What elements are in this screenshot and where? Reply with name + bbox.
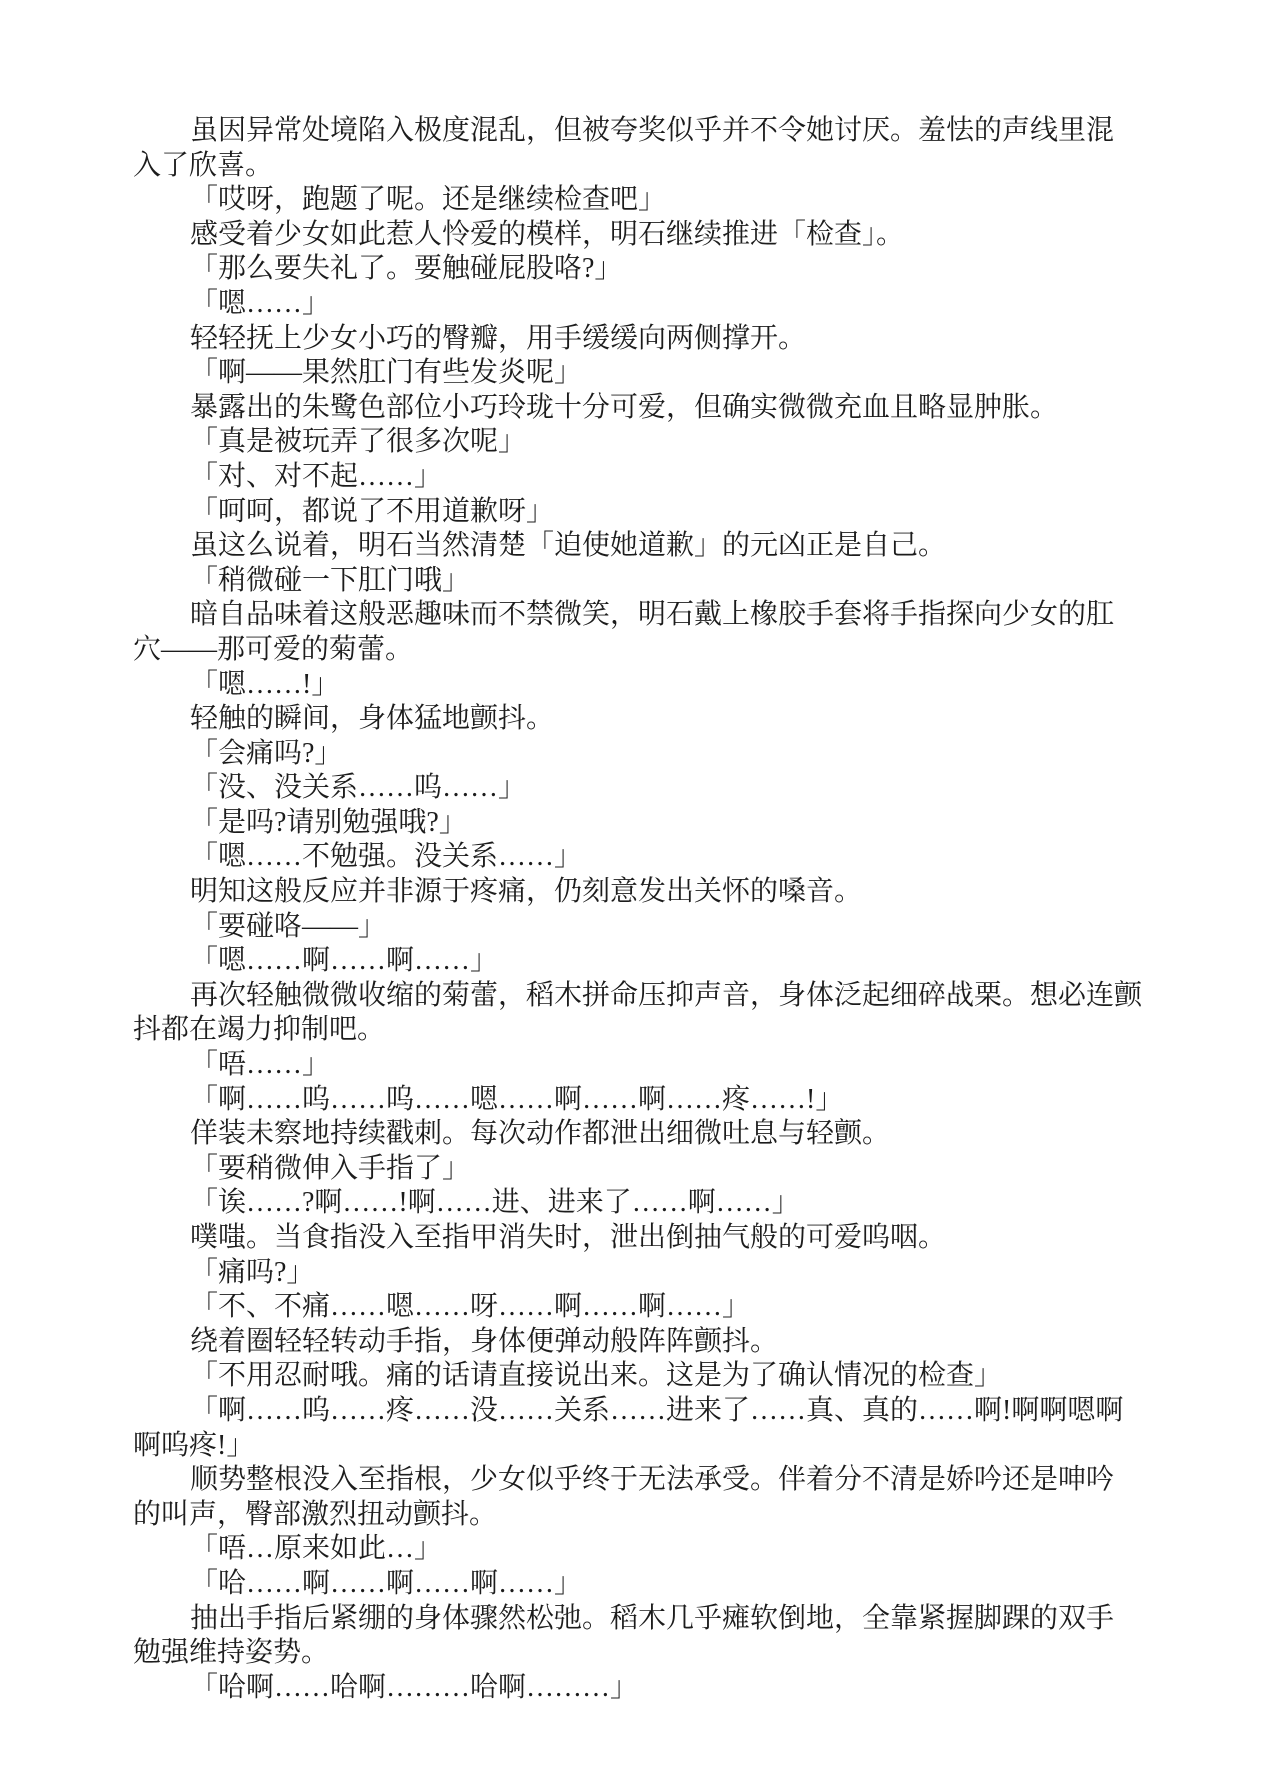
text-line: 「那么要失礼了。要触碰屁股咯?」 bbox=[133, 252, 1153, 287]
text-line: 「唔…原来如此…」 bbox=[133, 1532, 1153, 1567]
text-line: 「哈……啊……啊……啊……」 bbox=[133, 1567, 1153, 1602]
text-line: 「是吗?请别勉强哦?」 bbox=[133, 806, 1153, 841]
text-line: 感受着少女如此惹人怜爱的模样，明石继续推进「检查」。 bbox=[133, 218, 1153, 253]
text-line: 「稍微碰一下肛门哦」 bbox=[133, 564, 1153, 599]
text-line: 「真是被玩弄了很多次呢」 bbox=[133, 425, 1153, 460]
text-line: 「嗯……啊……啊……」 bbox=[133, 944, 1153, 979]
text-line: 「嗯……不勉强。没关系……」 bbox=[133, 840, 1153, 875]
text-line: 「啊……呜……疼……没……关系……进来了……真、真的……啊!啊啊嗯啊 bbox=[133, 1394, 1153, 1429]
text-line: 抖都在竭力抑制吧。 bbox=[133, 1013, 1153, 1048]
text-line: 「要碰咯——」 bbox=[133, 910, 1153, 945]
text-block: 虽因异常处境陷入极度混乱，但被夸奖似乎并不令她讨厌。羞怯的声线里混 入了欣喜。 … bbox=[133, 114, 1153, 1705]
text-line: 虽这么说着，明石当然清楚「迫使她道歉」的元凶正是自己。 bbox=[133, 529, 1153, 564]
text-line: 暴露出的朱鹭色部位小巧玲珑十分可爱，但确实微微充血且略显肿胀。 bbox=[133, 391, 1153, 426]
text-line: 「哈啊……哈啊………哈啊………」 bbox=[133, 1671, 1153, 1706]
text-line: 抽出手指后紧绷的身体骤然松弛。稻木几乎瘫软倒地，全靠紧握脚踝的双手 bbox=[133, 1602, 1153, 1637]
text-line: 「呵呵，都说了不用道歉呀」 bbox=[133, 495, 1153, 530]
text-line: 明知这般反应并非源于疼痛，仍刻意发出关怀的嗓音。 bbox=[133, 875, 1153, 910]
text-line: 「要稍微伸入手指了」 bbox=[133, 1152, 1153, 1187]
text-line: 噗嗤。当食指没入至指甲消失时，泄出倒抽气般的可爱呜咽。 bbox=[133, 1221, 1153, 1256]
text-line: 入了欣喜。 bbox=[133, 149, 1153, 184]
text-line: 再次轻触微微收缩的菊蕾，稻木拼命压抑声音，身体泛起细碎战栗。想必连颤 bbox=[133, 979, 1153, 1014]
text-line: 轻触的瞬间，身体猛地颤抖。 bbox=[133, 702, 1153, 737]
text-line: 暗自品味着这般恶趣味而不禁微笑，明石戴上橡胶手套将手指探向少女的肛 bbox=[133, 598, 1153, 633]
text-line: 「嗯……」 bbox=[133, 287, 1153, 322]
text-line: 佯装未察地持续戳刺。每次动作都泄出细微吐息与轻颤。 bbox=[133, 1117, 1153, 1152]
text-line: 「啊——果然肛门有些发炎呢」 bbox=[133, 356, 1153, 391]
text-line: 「痛吗?」 bbox=[133, 1256, 1153, 1291]
text-line: 「唔……」 bbox=[133, 1048, 1153, 1083]
text-line: 「啊……呜……呜……嗯……啊……啊……疼……!」 bbox=[133, 1083, 1153, 1118]
text-line: 「会痛吗?」 bbox=[133, 737, 1153, 772]
text-line: 穴——那可爱的菊蕾。 bbox=[133, 633, 1153, 668]
text-line: 勉强维持姿势。 bbox=[133, 1636, 1153, 1671]
text-line: 「没、没关系……呜……」 bbox=[133, 771, 1153, 806]
text-line: 虽因异常处境陷入极度混乱，但被夸奖似乎并不令她讨厌。羞怯的声线里混 bbox=[133, 114, 1153, 149]
text-line: 「对、对不起……」 bbox=[133, 460, 1153, 495]
text-line: 轻轻抚上少女小巧的臀瓣，用手缓缓向两侧撑开。 bbox=[133, 322, 1153, 357]
text-line: 啊呜疼!」 bbox=[133, 1429, 1153, 1464]
document-page: 虽因异常处境陷入极度混乱，但被夸奖似乎并不令她讨厌。羞怯的声线里混 入了欣喜。 … bbox=[0, 0, 1280, 1790]
text-line: 「嗯……!」 bbox=[133, 668, 1153, 703]
text-line: 「不用忍耐哦。痛的话请直接说出来。这是为了确认情况的检查」 bbox=[133, 1359, 1153, 1394]
text-line: 「哎呀，跑题了呢。还是继续检查吧」 bbox=[133, 183, 1153, 218]
text-line: 的叫声，臀部激烈扭动颤抖。 bbox=[133, 1498, 1153, 1533]
text-line: 顺势整根没入至指根，少女似乎终于无法承受。伴着分不清是娇吟还是呻吟 bbox=[133, 1463, 1153, 1498]
text-line: 「诶……?啊……!啊……进、进来了……啊……」 bbox=[133, 1186, 1153, 1221]
text-line: 「不、不痛……嗯……呀……啊……啊……」 bbox=[133, 1290, 1153, 1325]
text-line: 绕着圈轻轻转动手指，身体便弹动般阵阵颤抖。 bbox=[133, 1325, 1153, 1360]
